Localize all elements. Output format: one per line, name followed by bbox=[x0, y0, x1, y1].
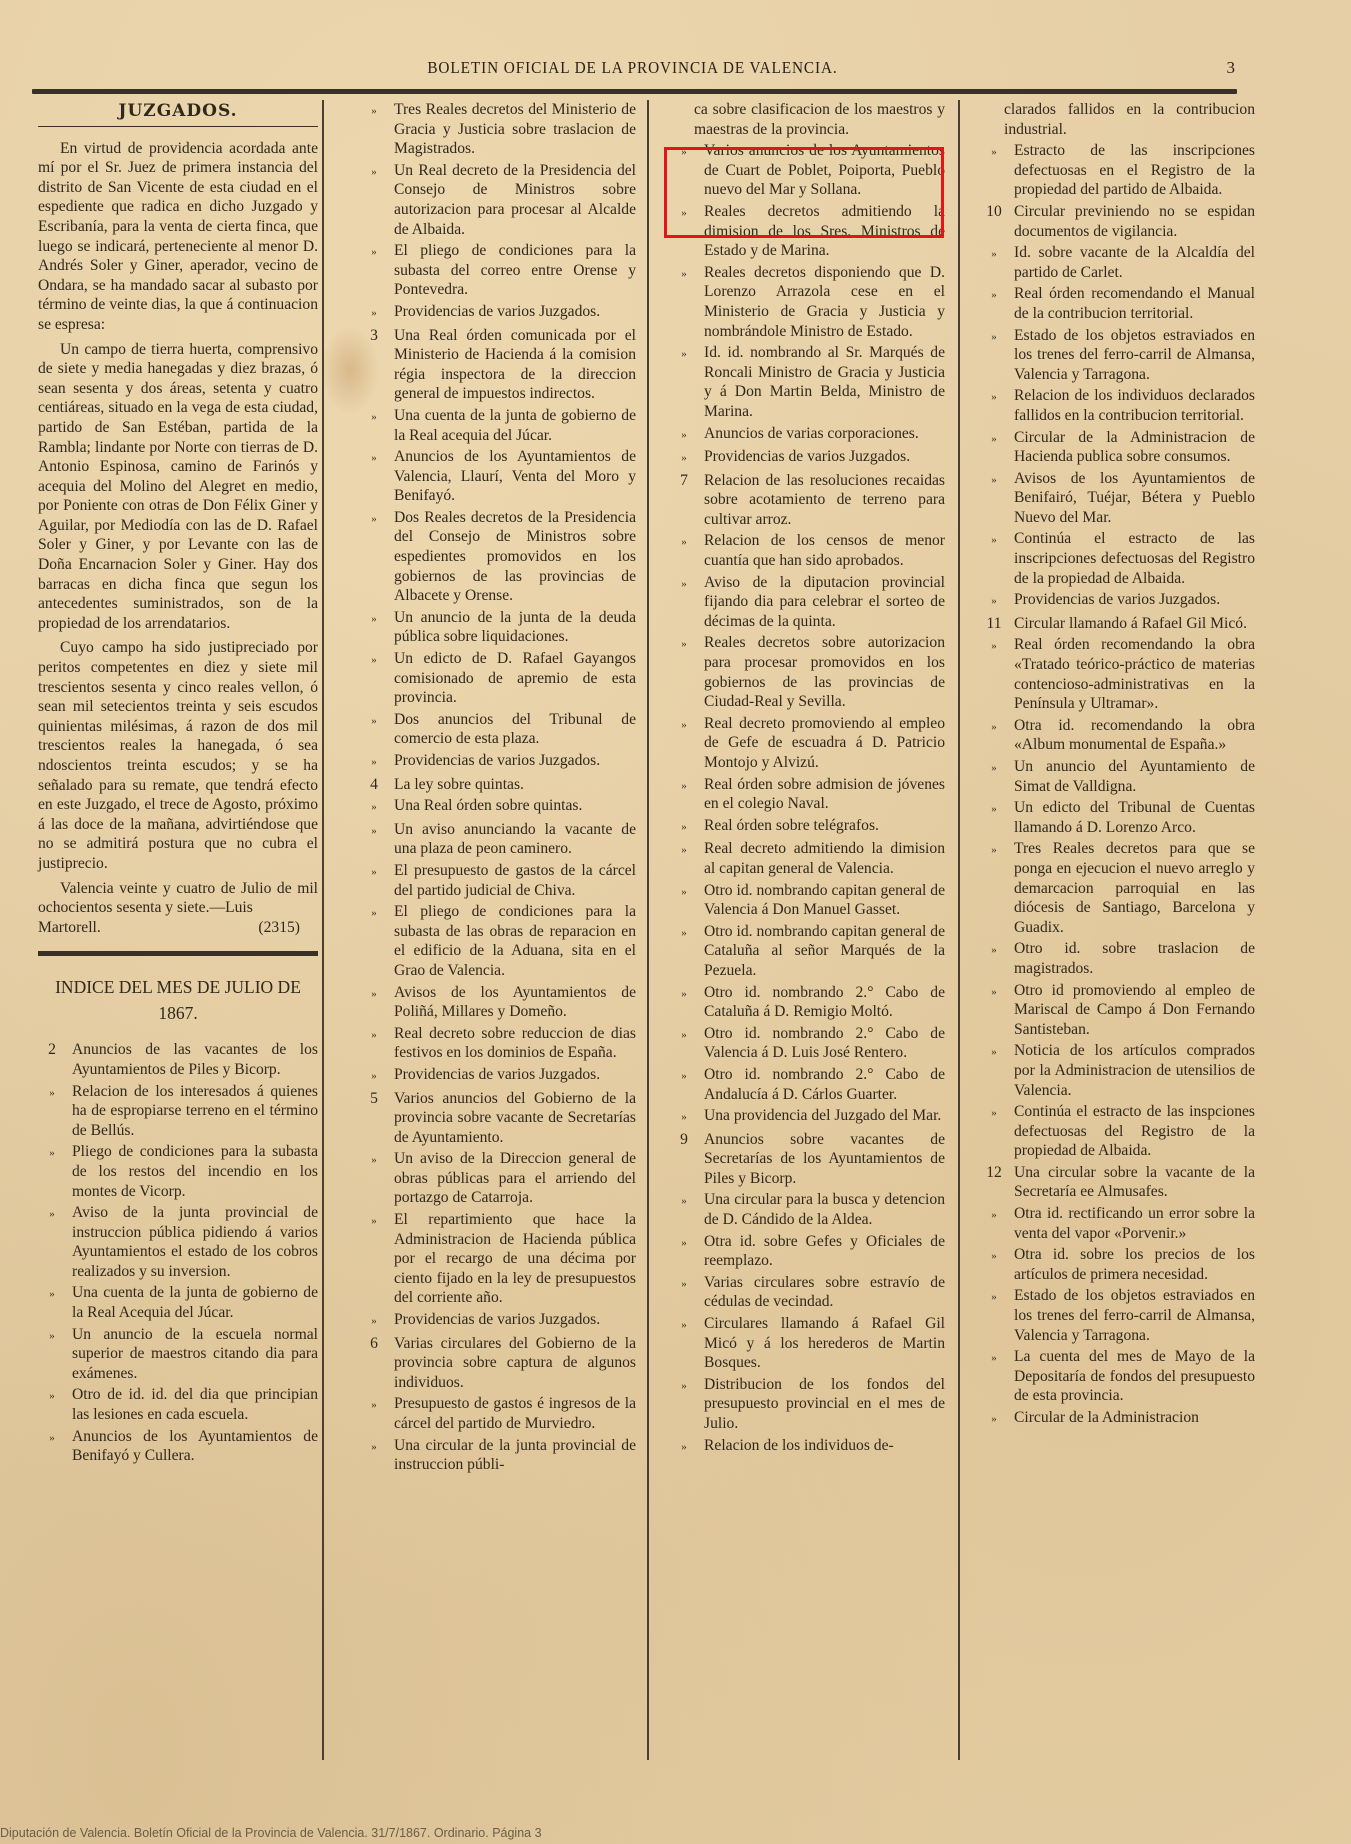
index-entry-text: Reales decretos disponiendo que D. Loren… bbox=[698, 263, 945, 341]
ditto-mark: » bbox=[670, 1314, 698, 1373]
ditto-mark: » bbox=[360, 1310, 388, 1332]
notice-paragraph: En virtud de providencia acordada ante m… bbox=[38, 139, 318, 335]
ditto-mark: » bbox=[360, 1149, 388, 1208]
ditto-mark: » bbox=[360, 649, 388, 708]
index-entry: »Una cuenta de la junta de gobierno de l… bbox=[360, 406, 636, 445]
ditto-mark: » bbox=[670, 1106, 698, 1128]
index-entry-text: Reales decretos admitiendo la dimision d… bbox=[698, 202, 945, 261]
index-entry: ca sobre clasificacion de los maestros y… bbox=[670, 100, 945, 139]
ditto-mark: » bbox=[670, 263, 698, 341]
ditto-mark: » bbox=[980, 1245, 1008, 1284]
index-entry: 10Circular previniendo no se espidan doc… bbox=[980, 202, 1255, 241]
index-entry-text: Anuncios de los Ayuntamientos de Benifay… bbox=[66, 1427, 318, 1466]
day-number: 10 bbox=[980, 202, 1008, 241]
index-entry: »Relacion de los individuos declarados f… bbox=[980, 386, 1255, 425]
index-entry-text: Un edicto del Tribunal de Cuentas llaman… bbox=[1008, 798, 1255, 837]
index-entry-text: Una providencia del Juzgado del Mar. bbox=[698, 1106, 945, 1128]
index-entry-text: Estado de los objetos estraviados en los… bbox=[1008, 1286, 1255, 1345]
index-entry: »Anuncios de varias corporaciones. bbox=[670, 424, 945, 446]
ditto-mark: » bbox=[360, 820, 388, 859]
index-entry-text: Providencias de varios Juzgados. bbox=[388, 1065, 636, 1087]
index-entry-text: Aviso de la diputacion provincial fijand… bbox=[698, 573, 945, 632]
index-entry: »Relacion de los censos de menor cuantía… bbox=[670, 531, 945, 570]
index-entry-text: Una circular para la busca y detencion d… bbox=[698, 1190, 945, 1229]
index-entry-text: Una cuenta de la junta de gobierno de la… bbox=[66, 1283, 318, 1322]
index-entry-text: Anuncios de las vacantes de los Ayuntami… bbox=[66, 1040, 318, 1079]
index-entry: 11Circular llamando á Rafael Gil Micó. bbox=[980, 614, 1255, 634]
index-entry-text: Providencias de varios Juzgados. bbox=[698, 447, 945, 469]
index-entry-text: Id. id. nombrando al Sr. Marqués de Ronc… bbox=[698, 343, 945, 421]
index-entry: clarados fallidos en la contribucion ind… bbox=[980, 100, 1255, 139]
index-entry: »Real órden sobre telégrafos. bbox=[670, 816, 945, 838]
index-entry-text: Un aviso anunciando la vacante de una pl… bbox=[388, 820, 636, 859]
index-entry: »Pliego de condiciones para la subasta d… bbox=[38, 1142, 318, 1201]
ditto-mark: » bbox=[360, 1065, 388, 1087]
ditto-mark: » bbox=[980, 635, 1008, 713]
index-entry: »Tres Reales decretos para que se ponga … bbox=[980, 839, 1255, 937]
index-entry-text: Circular llamando á Rafael Gil Micó. bbox=[1008, 614, 1255, 634]
index-entry-text: El repartimiento que hace la Administrac… bbox=[388, 1210, 636, 1308]
ditto-mark: » bbox=[360, 1436, 388, 1475]
index-entry: 2Anuncios de las vacantes de los Ayuntam… bbox=[38, 1040, 318, 1079]
heading-rule bbox=[38, 126, 318, 127]
index-entry: »Varios anuncios de los Ayuntamientos de… bbox=[670, 141, 945, 200]
index-list: ca sobre clasificacion de los maestros y… bbox=[670, 100, 945, 1457]
index-entry: »Providencias de varios Juzgados. bbox=[360, 302, 636, 324]
index-entry-text: Un anuncio de la junta de la deuda públi… bbox=[388, 608, 636, 647]
index-entry: »Un anuncio de la escuela normal superio… bbox=[38, 1325, 318, 1384]
index-entry-text: Real órden sobre telégrafos. bbox=[698, 816, 945, 838]
ditto-mark: » bbox=[360, 302, 388, 324]
index-entry-text: Relacion de los interesados á quienes ha… bbox=[66, 1082, 318, 1141]
ditto-mark: » bbox=[670, 983, 698, 1022]
index-entry: »Anuncios de los Ayuntamientos de Benifa… bbox=[38, 1427, 318, 1466]
index-entry: »Real decreto admitiendo la dimision al … bbox=[670, 839, 945, 878]
ditto-mark: » bbox=[360, 161, 388, 239]
index-entry: »Otro id promoviendo al empleo de Marisc… bbox=[980, 981, 1255, 1040]
index-entry-text: ca sobre clasificacion de los maestros y… bbox=[670, 100, 945, 139]
ditto-mark: » bbox=[360, 983, 388, 1022]
index-list: clarados fallidos en la contribucion ind… bbox=[980, 100, 1255, 1430]
index-entry-text: Real órden recomendando el Manual de la … bbox=[1008, 284, 1255, 323]
index-entry-text: Circulares llamando á Rafael Gil Micó y … bbox=[698, 1314, 945, 1373]
index-entry: »Otro id. nombrando 2.° Cabo de Andalucí… bbox=[670, 1065, 945, 1104]
index-entry-text: Anuncios sobre vacantes de Secretarías d… bbox=[698, 1130, 945, 1189]
ditto-mark: » bbox=[670, 343, 698, 421]
source-footer: Diputación de Valencia. Boletín Oficial … bbox=[0, 1826, 542, 1840]
index-entry: »El presupuesto de gastos de la cárcel d… bbox=[360, 861, 636, 900]
ditto-mark: » bbox=[670, 1436, 698, 1458]
index-entry-text: Distribucion de los fondos del presupues… bbox=[698, 1375, 945, 1434]
index-entry: »Providencias de varios Juzgados. bbox=[360, 751, 636, 773]
index-entry-text: Otro id. nombrando capitan general de Va… bbox=[698, 881, 945, 920]
column-rule bbox=[958, 100, 960, 1760]
index-entry: »Tres Reales decretos del Ministerio de … bbox=[360, 100, 636, 159]
ditto-mark: » bbox=[670, 202, 698, 261]
index-entry: »Providencias de varios Juzgados. bbox=[980, 590, 1255, 612]
index-entry-text: Otro id. nombrando capitan general de Ca… bbox=[698, 922, 945, 981]
ditto-mark: » bbox=[38, 1427, 66, 1466]
notice-paragraph: Un campo de tierra huerta, comprensivo d… bbox=[38, 340, 318, 634]
index-entry-text: Dos anuncios del Tribunal de comercio de… bbox=[388, 710, 636, 749]
index-entry-text: Real decreto promoviendo al empleo de Ge… bbox=[698, 714, 945, 773]
index-entry-text: Relacion de los censos de menor cuantía … bbox=[698, 531, 945, 570]
index-entry-text: Real órden sobre admision de jóvenes en … bbox=[698, 775, 945, 814]
ditto-mark: » bbox=[38, 1283, 66, 1322]
index-entry-text: Real decreto admitiendo la dimision al c… bbox=[698, 839, 945, 878]
index-entry: »Real órden sobre admision de jóvenes en… bbox=[670, 775, 945, 814]
signature-row: Martorell. (2315) bbox=[38, 918, 318, 938]
ditto-mark: » bbox=[980, 1041, 1008, 1100]
index-entry: »Otro id. nombrando 2.° Cabo de Valencia… bbox=[670, 1024, 945, 1063]
index-entry-text: Relacion de los individuos declarados fa… bbox=[1008, 386, 1255, 425]
index-entry-text: Otro de id. id. del dia que principian l… bbox=[66, 1385, 318, 1424]
index-entry: »Un anuncio de la junta de la deuda públ… bbox=[360, 608, 636, 647]
index-entry-text: Una Real órden comunicada por el Ministe… bbox=[388, 326, 636, 404]
index-entry: 3Una Real órden comunicada por el Minist… bbox=[360, 326, 636, 404]
index-entry: »Noticia de los artículos comprados por … bbox=[980, 1041, 1255, 1100]
ditto-mark: » bbox=[360, 1024, 388, 1063]
index-entry: »Un aviso de la Direccion general de obr… bbox=[360, 1149, 636, 1208]
newspaper-page: BOLETIN OFICIAL DE LA PROVINCIA DE VALEN… bbox=[0, 0, 1351, 1844]
ditto-mark: » bbox=[670, 1232, 698, 1271]
index-entry: »Relacion de los interesados á quienes h… bbox=[38, 1082, 318, 1141]
ditto-mark: » bbox=[38, 1325, 66, 1384]
index-entry: »Circular de la Administracion de Hacien… bbox=[980, 428, 1255, 467]
index-entry: »Otro id. nombrando capitan general de V… bbox=[670, 881, 945, 920]
index-entry: »Avisos de los Ayuntamientos de Poliñá, … bbox=[360, 983, 636, 1022]
index-entry-text: Relacion de las resoluciones recaidas so… bbox=[698, 471, 945, 530]
index-entry: »Un Real decreto de la Presidencia del C… bbox=[360, 161, 636, 239]
index-entry-text: clarados fallidos en la contribucion ind… bbox=[980, 100, 1255, 139]
index-entry: »Una circular para la busca y detencion … bbox=[670, 1190, 945, 1229]
index-entry: »Estado de los objetos estraviados en lo… bbox=[980, 1286, 1255, 1345]
ditto-mark: » bbox=[980, 939, 1008, 978]
index-entry: »Reales decretos sobre autorizacion para… bbox=[670, 633, 945, 711]
ditto-mark: » bbox=[980, 428, 1008, 467]
index-entry: »El pliego de condiciones para la subast… bbox=[360, 902, 636, 980]
index-entry: »Otra id. sobre los precios de los artíc… bbox=[980, 1245, 1255, 1284]
index-entry-text: Relacion de los individuos de- bbox=[698, 1436, 945, 1458]
ditto-mark: » bbox=[360, 902, 388, 980]
day-number: 4 bbox=[360, 775, 388, 795]
ditto-mark: » bbox=[360, 608, 388, 647]
index-entry: »El pliego de condiciones para la subast… bbox=[360, 241, 636, 300]
index-entry: »Una circular de la junta provincial de … bbox=[360, 1436, 636, 1475]
ditto-mark: » bbox=[980, 981, 1008, 1040]
index-entry: 12Una circular sobre la vacante de la Se… bbox=[980, 1163, 1255, 1202]
index-entry: »Otra id. recomendando la obra «Album mo… bbox=[980, 716, 1255, 755]
ditto-mark: » bbox=[360, 1210, 388, 1308]
index-list: »Tres Reales decretos del Ministerio de … bbox=[360, 100, 636, 1475]
index-entry: »Relacion de los individuos de- bbox=[670, 1436, 945, 1458]
ditto-mark: » bbox=[980, 1102, 1008, 1161]
index-entry: »Estracto de las inscripciones defectuos… bbox=[980, 141, 1255, 200]
ditto-mark: » bbox=[670, 714, 698, 773]
masthead-rule bbox=[32, 89, 1237, 94]
index-entry: »Un anuncio del Ayuntamiento de Simat de… bbox=[980, 757, 1255, 796]
ditto-mark: » bbox=[360, 508, 388, 606]
index-entry: »Providencias de varios Juzgados. bbox=[360, 1065, 636, 1087]
ditto-mark: » bbox=[980, 469, 1008, 528]
ditto-mark: » bbox=[980, 386, 1008, 425]
index-entry: 7Relacion de las resoluciones recaidas s… bbox=[670, 471, 945, 530]
ditto-mark: » bbox=[670, 141, 698, 200]
signature: Martorell. bbox=[38, 918, 101, 938]
index-entry-text: Otra id. sobre los precios de los artícu… bbox=[1008, 1245, 1255, 1284]
index-entry: »Otro id. nombrando 2.° Cabo de Cataluña… bbox=[670, 983, 945, 1022]
index-entry-text: Una circular sobre la vacante de la Secr… bbox=[1008, 1163, 1255, 1202]
ditto-mark: » bbox=[670, 633, 698, 711]
ditto-mark: » bbox=[360, 406, 388, 445]
index-entry: 4La ley sobre quintas. bbox=[360, 775, 636, 795]
index-entry: »Reales decretos admitiendo la dimision … bbox=[670, 202, 945, 261]
column-rule bbox=[647, 100, 649, 1760]
ditto-mark: » bbox=[980, 529, 1008, 588]
index-entry: »Real órden recomendando el Manual de la… bbox=[980, 284, 1255, 323]
ditto-mark: » bbox=[670, 1375, 698, 1434]
day-number: 6 bbox=[360, 1334, 388, 1393]
ditto-mark: » bbox=[670, 1190, 698, 1229]
index-entry: »Continúa el estracto de las inscripcion… bbox=[980, 529, 1255, 588]
index-entry: »Un aviso anunciando la vacante de una p… bbox=[360, 820, 636, 859]
ditto-mark: » bbox=[360, 751, 388, 773]
index-entry: »Una Real órden sobre quintas. bbox=[360, 796, 636, 818]
reference-number: (2315) bbox=[258, 918, 318, 938]
index-entry: »Distribucion de los fondos del presupue… bbox=[670, 1375, 945, 1434]
index-entry-text: Avisos de los Ayuntamientos de Benifairó… bbox=[1008, 469, 1255, 528]
ditto-mark: » bbox=[980, 590, 1008, 612]
index-entry: »Providencias de varios Juzgados. bbox=[360, 1310, 636, 1332]
ditto-mark: » bbox=[360, 1394, 388, 1433]
section-rule bbox=[38, 951, 318, 956]
ditto-mark: » bbox=[38, 1385, 66, 1424]
index-entry-text: Otra id. rectificando un error sobre la … bbox=[1008, 1204, 1255, 1243]
ditto-mark: » bbox=[980, 141, 1008, 200]
page-number: 3 bbox=[1227, 58, 1236, 78]
index-entry: 9Anuncios sobre vacantes de Secretarías … bbox=[670, 1130, 945, 1189]
index-entry: »Providencias de varios Juzgados. bbox=[670, 447, 945, 469]
ditto-mark: » bbox=[38, 1082, 66, 1141]
ditto-mark: » bbox=[980, 1204, 1008, 1243]
ditto-mark: » bbox=[360, 241, 388, 300]
index-entry: »Estado de los objetos estraviados en lo… bbox=[980, 326, 1255, 385]
column-2: »Tres Reales decretos del Ministerio de … bbox=[360, 100, 636, 1477]
ditto-mark: » bbox=[980, 757, 1008, 796]
ditto-mark: » bbox=[670, 839, 698, 878]
index-entry: »Aviso de la junta provincial de instruc… bbox=[38, 1203, 318, 1281]
index-entry-text: Reales decretos sobre autorizacion para … bbox=[698, 633, 945, 711]
ditto-mark: » bbox=[670, 447, 698, 469]
index-entry: »Otro id. sobre traslacion de magistrado… bbox=[980, 939, 1255, 978]
index-entry: »Una providencia del Juzgado del Mar. bbox=[670, 1106, 945, 1128]
index-entry-text: Una Real órden sobre quintas. bbox=[388, 796, 636, 818]
ditto-mark: » bbox=[670, 573, 698, 632]
index-entry-text: La cuenta del mes de Mayo de la Deposita… bbox=[1008, 1347, 1255, 1406]
index-entry-text: Noticia de los artículos comprados por l… bbox=[1008, 1041, 1255, 1100]
ditto-mark: » bbox=[670, 531, 698, 570]
day-number: 3 bbox=[360, 326, 388, 404]
index-entry: »Real órden recomendando la obra «Tratad… bbox=[980, 635, 1255, 713]
index-entry-text: Continúa el estracto de las inspciones d… bbox=[1008, 1102, 1255, 1161]
index-entry: »Id. id. nombrando al Sr. Marqués de Ron… bbox=[670, 343, 945, 421]
column-3: ca sobre clasificacion de los maestros y… bbox=[670, 100, 945, 1459]
juzgados-heading: JUZGADOS. bbox=[38, 102, 318, 122]
day-number: 2 bbox=[38, 1040, 66, 1079]
index-entry-text: La ley sobre quintas. bbox=[388, 775, 636, 795]
index-entry-text: Circular de la Administracion de Haciend… bbox=[1008, 428, 1255, 467]
index-entry: »Una cuenta de la junta de gobierno de l… bbox=[38, 1283, 318, 1322]
index-entry-text: Dos Reales decretos de la Presidencia de… bbox=[388, 508, 636, 606]
ditto-mark: » bbox=[980, 1286, 1008, 1345]
index-entry: »Otro id. nombrando capitan general de C… bbox=[670, 922, 945, 981]
index-entry-text: Un aviso de la Direccion general de obra… bbox=[388, 1149, 636, 1208]
masthead-title: BOLETIN OFICIAL DE LA PROVINCIA DE VALEN… bbox=[90, 58, 1175, 78]
index-entry: »Real decreto promoviendo al empleo de G… bbox=[670, 714, 945, 773]
index-entry: »Aviso de la diputacion provincial fijan… bbox=[670, 573, 945, 632]
index-entry-text: Aviso de la junta provincial de instrucc… bbox=[66, 1203, 318, 1281]
index-entry-text: Otra id. recomendando la obra «Album mon… bbox=[1008, 716, 1255, 755]
day-number: 12 bbox=[980, 1163, 1008, 1202]
index-entry-text: Circular de la Administracion bbox=[1008, 1408, 1255, 1430]
index-entry-text: Una cuenta de la junta de gobierno de la… bbox=[388, 406, 636, 445]
ditto-mark: » bbox=[670, 424, 698, 446]
index-entry-text: Estado de los objetos estraviados en los… bbox=[1008, 326, 1255, 385]
index-entry-text: Providencias de varios Juzgados. bbox=[388, 1310, 636, 1332]
index-entry: »Real decreto sobre reduccion de dias fe… bbox=[360, 1024, 636, 1063]
index-entry: »La cuenta del mes de Mayo de la Deposit… bbox=[980, 1347, 1255, 1406]
ditto-mark: » bbox=[980, 326, 1008, 385]
day-number: 9 bbox=[670, 1130, 698, 1189]
index-entry: »Un edicto de D. Rafael Gayangos comisio… bbox=[360, 649, 636, 708]
notice-paragraph: Cuyo campo ha sido justipreciado por per… bbox=[38, 638, 318, 873]
index-entry-text: Varias circulares sobre estravío de cédu… bbox=[698, 1273, 945, 1312]
ditto-mark: » bbox=[670, 922, 698, 981]
index-entry: »Dos Reales decretos de la Presidencia d… bbox=[360, 508, 636, 606]
ditto-mark: » bbox=[980, 716, 1008, 755]
index-entry: »El repartimiento que hace la Administra… bbox=[360, 1210, 636, 1308]
ditto-mark: » bbox=[38, 1203, 66, 1281]
index-entry-text: Providencias de varios Juzgados. bbox=[1008, 590, 1255, 612]
ditto-mark: » bbox=[670, 1273, 698, 1312]
column-1: JUZGADOS. En virtud de providencia acord… bbox=[38, 100, 318, 1468]
index-entry-text: Otro id. sobre traslacion de magistrados… bbox=[1008, 939, 1255, 978]
index-entry-text: Real órden recomendando la obra «Tratado… bbox=[1008, 635, 1255, 713]
ditto-mark: » bbox=[980, 243, 1008, 282]
index-entry-text: Presupuesto de gastos é ingresos de la c… bbox=[388, 1394, 636, 1433]
index-entry-text: Varios anuncios del Gobierno de la provi… bbox=[388, 1089, 636, 1148]
index-entry: »Anuncios de los Ayuntamientos de Valenc… bbox=[360, 447, 636, 506]
ditto-mark: » bbox=[670, 816, 698, 838]
index-entry-text: Avisos de los Ayuntamientos de Poliñá, M… bbox=[388, 983, 636, 1022]
index-entry: »Presupuesto de gastos é ingresos de la … bbox=[360, 1394, 636, 1433]
index-entry-text: Otro id. nombrando 2.° Cabo de Valencia … bbox=[698, 1024, 945, 1063]
index-entry: 5Varios anuncios del Gobierno de la prov… bbox=[360, 1089, 636, 1148]
index-entry-text: Anuncios de varias corporaciones. bbox=[698, 424, 945, 446]
ditto-mark: » bbox=[360, 447, 388, 506]
ditto-mark: » bbox=[360, 796, 388, 818]
index-entry: »Dos anuncios del Tribunal de comercio d… bbox=[360, 710, 636, 749]
index-entry: 6Varias circulares del Gobierno de la pr… bbox=[360, 1334, 636, 1393]
index-entry: »Id. sobre vacante de la Alcaldía del pa… bbox=[980, 243, 1255, 282]
column-4: clarados fallidos en la contribucion ind… bbox=[980, 100, 1255, 1432]
index-entry-text: Real decreto sobre reduccion de dias fes… bbox=[388, 1024, 636, 1063]
index-entry-text: El pliego de condiciones para la subasta… bbox=[388, 241, 636, 300]
index-entry: »Reales decretos disponiendo que D. Lore… bbox=[670, 263, 945, 341]
index-entry-text: Providencias de varios Juzgados. bbox=[388, 751, 636, 773]
index-entry-text: El pliego de condiciones para la subasta… bbox=[388, 902, 636, 980]
ditto-mark: » bbox=[670, 881, 698, 920]
ditto-mark: » bbox=[980, 839, 1008, 937]
index-entry-text: Un anuncio de la escuela normal superior… bbox=[66, 1325, 318, 1384]
index-entry: »Otra id. sobre Gefes y Oficiales de ree… bbox=[670, 1232, 945, 1271]
ditto-mark: » bbox=[360, 861, 388, 900]
index-list: 2Anuncios de las vacantes de los Ayuntam… bbox=[38, 1040, 318, 1465]
index-entry-text: El presupuesto de gastos de la cárcel de… bbox=[388, 861, 636, 900]
index-entry-text: Otro id promoviendo al empleo de Marisca… bbox=[1008, 981, 1255, 1040]
index-entry: »Circulares llamando á Rafael Gil Micó y… bbox=[670, 1314, 945, 1373]
index-entry-text: Varias circulares del Gobierno de la pro… bbox=[388, 1334, 636, 1393]
ditto-mark: » bbox=[980, 284, 1008, 323]
index-entry-text: Anuncios de los Ayuntamientos de Valenci… bbox=[388, 447, 636, 506]
ditto-mark: » bbox=[980, 1408, 1008, 1430]
ditto-mark: » bbox=[38, 1142, 66, 1201]
day-number: 7 bbox=[670, 471, 698, 530]
index-entry: »Varias circulares sobre estravío de céd… bbox=[670, 1273, 945, 1312]
index-entry-text: Estracto de las inscripciones defectuosa… bbox=[1008, 141, 1255, 200]
index-entry-text: Un edicto de D. Rafael Gayangos comision… bbox=[388, 649, 636, 708]
day-number: 11 bbox=[980, 614, 1008, 634]
index-entry-text: Tres Reales decretos para que se ponga e… bbox=[1008, 839, 1255, 937]
index-entry-text: Otro id. nombrando 2.° Cabo de Andalucía… bbox=[698, 1065, 945, 1104]
index-entry-text: Un Real decreto de la Presidencia del Co… bbox=[388, 161, 636, 239]
index-title: INDICE DEL MES DE JULIO DE 1867. bbox=[38, 974, 318, 1026]
index-entry-text: Id. sobre vacante de la Alcaldía del par… bbox=[1008, 243, 1255, 282]
index-entry-text: Pliego de condiciones para la subasta de… bbox=[66, 1142, 318, 1201]
index-entry-text: Circular previniendo no se espidan docum… bbox=[1008, 202, 1255, 241]
ditto-mark: » bbox=[980, 798, 1008, 837]
index-entry-text: Providencias de varios Juzgados. bbox=[388, 302, 636, 324]
index-entry: »Otro de id. id. del dia que principian … bbox=[38, 1385, 318, 1424]
index-entry: »Continúa el estracto de las inspciones … bbox=[980, 1102, 1255, 1161]
masthead: BOLETIN OFICIAL DE LA PROVINCIA DE VALEN… bbox=[30, 58, 1235, 82]
column-rule bbox=[322, 100, 324, 1760]
day-number: 5 bbox=[360, 1089, 388, 1148]
ditto-mark: » bbox=[670, 1065, 698, 1104]
index-entry-text: Otra id. sobre Gefes y Oficiales de reem… bbox=[698, 1232, 945, 1271]
index-entry-text: Continúa el estracto de las inscripcione… bbox=[1008, 529, 1255, 588]
index-entry: »Avisos de los Ayuntamientos de Benifair… bbox=[980, 469, 1255, 528]
notice-paragraph: Valencia veinte y cuatro de Julio de mil… bbox=[38, 879, 318, 918]
ditto-mark: » bbox=[360, 100, 388, 159]
ditto-mark: » bbox=[360, 710, 388, 749]
ditto-mark: » bbox=[980, 1347, 1008, 1406]
index-entry-text: Otro id. nombrando 2.° Cabo de Cataluña … bbox=[698, 983, 945, 1022]
index-entry-text: Varios anuncios de los Ayuntamientos de … bbox=[698, 141, 945, 200]
index-entry-text: Un anuncio del Ayuntamiento de Simat de … bbox=[1008, 757, 1255, 796]
index-entry-text: Tres Reales decretos del Ministerio de G… bbox=[388, 100, 636, 159]
index-entry-text: Una circular de la junta provincial de i… bbox=[388, 1436, 636, 1475]
ditto-mark: » bbox=[670, 1024, 698, 1063]
index-entry: »Circular de la Administracion bbox=[980, 1408, 1255, 1430]
index-entry: »Otra id. rectificando un error sobre la… bbox=[980, 1204, 1255, 1243]
index-entry: »Un edicto del Tribunal de Cuentas llama… bbox=[980, 798, 1255, 837]
ditto-mark: » bbox=[670, 775, 698, 814]
